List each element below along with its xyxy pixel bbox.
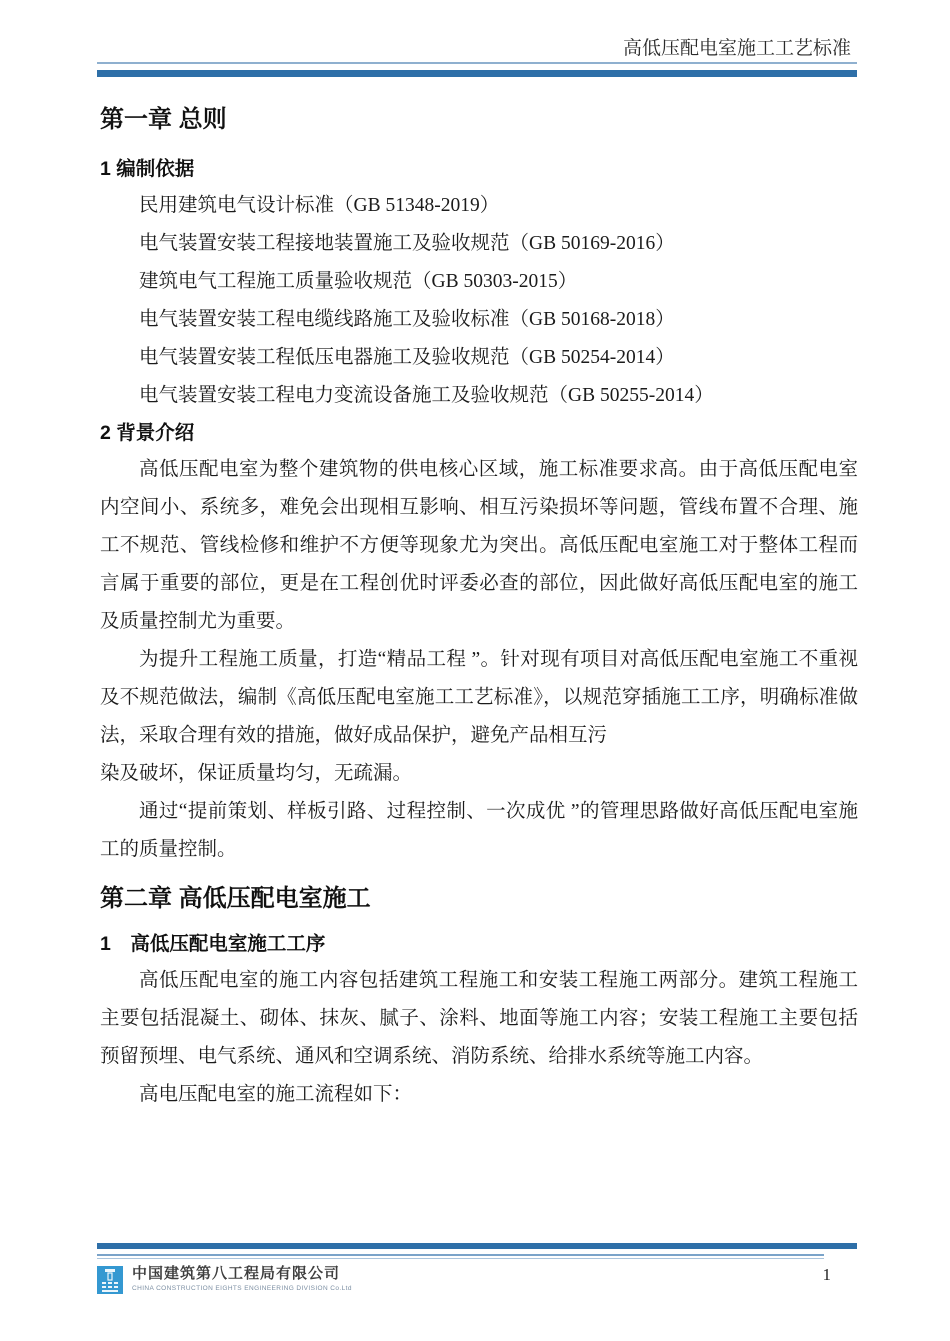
reference-item: 电气装置安装工程低压电器施工及验收规范（GB 50254-2014）: [100, 339, 858, 377]
company-name-en: CHINA CONSTRUCTION EIGHTS ENGINEERING DI…: [132, 1285, 352, 1293]
paragraph: 为提升工程施工质量，打造“精品工程 ”。针对现有项目对高低压配电室施工不重视及不…: [100, 641, 858, 755]
chapter-1-title: 第一章 总则: [100, 104, 858, 136]
section-1-2-title: 2 背景介绍: [100, 420, 858, 446]
reference-item: 建筑电气工程施工质量验收规范（GB 50303-2015）: [100, 263, 858, 301]
section-2-1-paragraphs: 高低压配电室的施工内容包括建筑工程施工和安装工程施工两部分。建筑工程施工主要包括…: [100, 962, 858, 1114]
reference-item: 电气装置安装工程电力变流设备施工及验收规范（GB 50255-2014）: [100, 377, 858, 415]
header-title: 高低压配电室施工工艺标准: [97, 0, 857, 64]
document-body: 第一章 总则 1 编制依据 民用建筑电气设计标准（GB 51348-2019） …: [100, 104, 858, 1114]
reference-list: 民用建筑电气设计标准（GB 51348-2019） 电气装置安装工程接地装置施工…: [100, 187, 858, 415]
document-page: 高低压配电室施工工艺标准 第一章 总则 1 编制依据 民用建筑电气设计标准（GB…: [0, 0, 950, 1341]
page-header: 高低压配电室施工工艺标准: [97, 0, 857, 77]
chapter-2-title: 第二章 高低压配电室施工: [100, 883, 858, 915]
section-2-1-title: 1 高低压配电室施工工序: [100, 931, 858, 957]
header-rule: [97, 70, 857, 77]
footer-row: 中国建筑第八工程局有限公司 CHINA CONSTRUCTION EIGHTS …: [97, 1265, 857, 1295]
page-footer: 中国建筑第八工程局有限公司 CHINA CONSTRUCTION EIGHTS …: [97, 1243, 857, 1295]
paragraph: 通过“提前策划、样板引路、过程控制、一次成优 ”的管理思路做好高低压配电室施工的…: [100, 793, 858, 869]
paragraph: 高低压配电室的施工内容包括建筑工程施工和安装工程施工两部分。建筑工程施工主要包括…: [100, 962, 858, 1076]
company-identity: 中国建筑第八工程局有限公司 CHINA CONSTRUCTION EIGHTS …: [132, 1265, 352, 1293]
company-name-cn: 中国建筑第八工程局有限公司: [132, 1265, 352, 1283]
paragraph: 高电压配电室的施工流程如下：: [100, 1076, 858, 1114]
reference-item: 民用建筑电气设计标准（GB 51348-2019）: [100, 187, 858, 225]
section-1-1-title: 1 编制依据: [100, 156, 858, 182]
cscec-logo-icon: [97, 1265, 123, 1295]
footer-rule: [97, 1243, 857, 1249]
section-1-2-paragraphs: 高低压配电室为整个建筑物的供电核心区域，施工标准要求高。由于高低压配电室内空间小…: [100, 451, 858, 869]
reference-item: 电气装置安装工程接地装置施工及验收规范（GB 50169-2016）: [100, 225, 858, 263]
page-number: 1: [823, 1265, 858, 1285]
paragraph: 高低压配电室为整个建筑物的供电核心区域，施工标准要求高。由于高低压配电室内空间小…: [100, 451, 858, 641]
reference-item: 电气装置安装工程电缆线路施工及验收标准（GB 50168-2018）: [100, 301, 858, 339]
paragraph-continuation: 染及破坏，保证质量均匀，无疏漏。: [100, 755, 858, 793]
footer-rule-double: [97, 1254, 824, 1259]
